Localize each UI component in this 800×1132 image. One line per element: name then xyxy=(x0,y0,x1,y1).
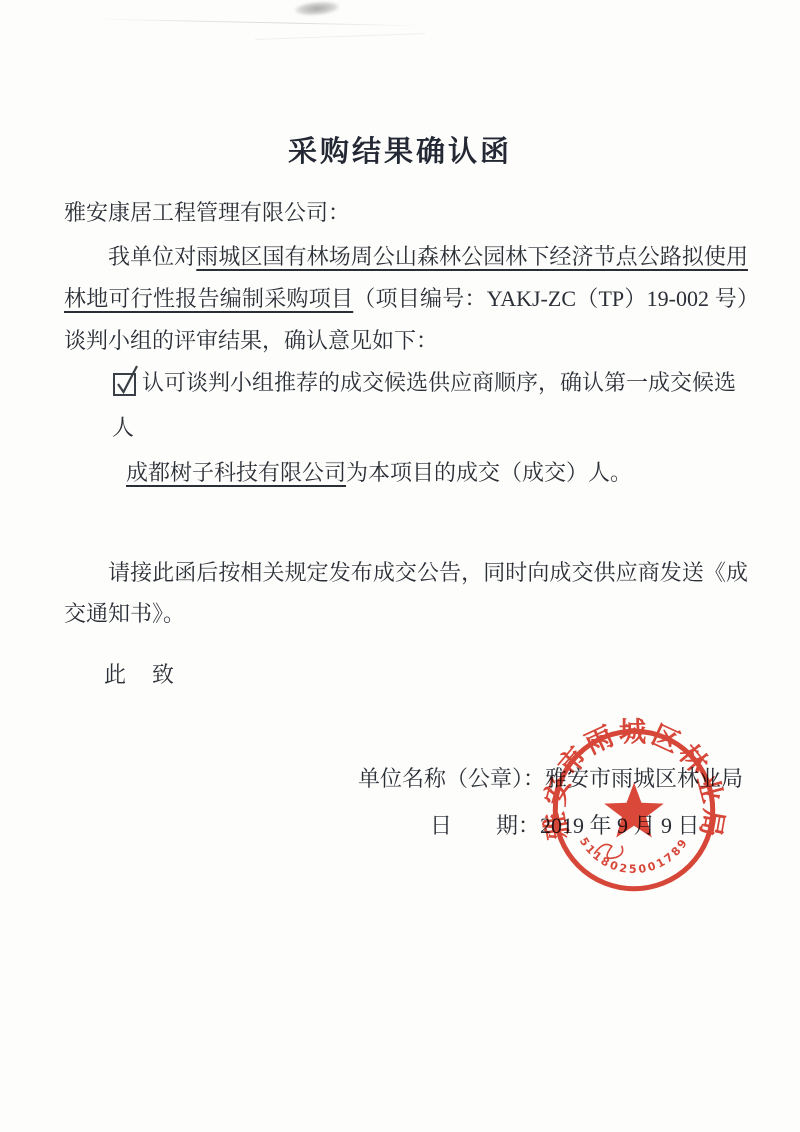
checked-checkbox-icon xyxy=(112,363,139,397)
confirmation-text: 认可谈判小组推荐的成交候选供应商顺序，确认第一成交候选人 xyxy=(112,370,736,440)
paragraph-notice: 请接此函后按相关规定发布成交公告，同时向成交供应商发送《成交通知书》。 xyxy=(64,552,748,634)
svg-text:5118025001789: 5118025001789 xyxy=(577,835,691,876)
closing-phrase: 此 致 xyxy=(104,658,176,689)
salutation: 雅安康居工程管理有限公司： xyxy=(64,196,350,227)
official-seal-stamp: 雅安市雨城区林业局 5118025001789 xyxy=(524,700,744,920)
para1-lead: 我单位对 xyxy=(108,244,196,269)
winner-company-underlined: 成都树子科技有限公司 xyxy=(126,460,346,485)
winner-line-rest: 为本项目的成交（成交）人。 xyxy=(346,460,632,485)
winner-line: 成都树子科技有限公司为本项目的成交（成交）人。 xyxy=(126,450,752,495)
paragraph-intro: 我单位对雨城区国有林场周公山森林公园林下经济节点公路拟使用林地可行性报告编制采购… xyxy=(64,236,748,362)
confirmation-block: 认可谈判小组推荐的成交候选供应商顺序，确认第一成交候选人 成都树子科技有限公司为… xyxy=(112,360,752,495)
scan-artifact-streak xyxy=(95,19,425,27)
stamp-serial-number: 5118025001789 xyxy=(577,835,691,876)
scan-artifact-smudge xyxy=(295,0,340,17)
stamp-star-icon xyxy=(604,783,664,838)
document-page: 采购结果确认函 雅安康居工程管理有限公司： 我单位对雨城区国有林场周公山森林公园… xyxy=(0,0,800,1132)
scan-artifact-streak xyxy=(255,33,425,40)
confirmation-line: 认可谈判小组推荐的成交候选供应商顺序，确认第一成交候选人 xyxy=(112,360,752,450)
document-title: 采购结果确认函 xyxy=(0,129,800,170)
org-name-label: 单位名称（公章）： xyxy=(358,766,545,791)
